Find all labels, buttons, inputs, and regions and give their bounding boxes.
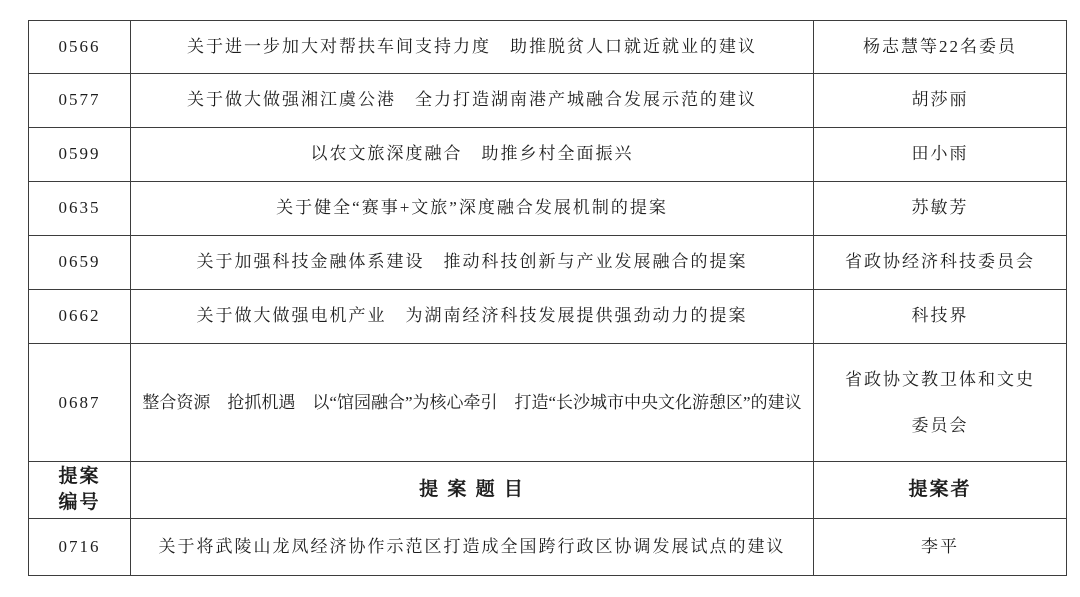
proposal-title: 关于做大做强湘江虞公港 全力打造湖南港产城融合发展示范的建议 <box>131 74 814 128</box>
proposal-table: 0566 关于进一步加大对帮扶车间支持力度 助推脱贫人口就近就业的建议 杨志慧等… <box>28 20 1067 576</box>
proposal-proposer: 杨志慧等22名委员 <box>814 21 1067 74</box>
header-id-label: 提案编号 <box>58 464 102 516</box>
proposal-number: 0599 <box>29 128 131 182</box>
header-proposal-title: 提 案 题 目 <box>131 462 814 519</box>
proposal-title: 关于将武陵山龙凤经济协作示范区打造成全国跨行政区协调发展试点的建议 <box>131 519 814 576</box>
header-proposal-number: 提案编号 <box>29 462 131 519</box>
proposal-proposer: 省政协文教卫体和文史委员会 <box>814 344 1067 462</box>
proposal-number: 0635 <box>29 182 131 236</box>
proposal-number: 0566 <box>29 21 131 74</box>
table-row: 0577 关于做大做强湘江虞公港 全力打造湖南港产城融合发展示范的建议 胡莎丽 <box>29 74 1067 128</box>
proposal-proposer: 胡莎丽 <box>814 74 1067 128</box>
proposal-proposer: 苏敏芳 <box>814 182 1067 236</box>
proposal-proposer: 科技界 <box>814 290 1067 344</box>
proposal-number: 0659 <box>29 236 131 290</box>
table-row: 0716 关于将武陵山龙凤经济协作示范区打造成全国跨行政区协调发展试点的建议 李… <box>29 519 1067 576</box>
proposal-number: 0577 <box>29 74 131 128</box>
table-row: 0566 关于进一步加大对帮扶车间支持力度 助推脱贫人口就近就业的建议 杨志慧等… <box>29 21 1067 74</box>
proposal-proposer: 李平 <box>814 519 1067 576</box>
document-page: 0566 关于进一步加大对帮扶车间支持力度 助推脱贫人口就近就业的建议 杨志慧等… <box>0 0 1080 597</box>
proposal-title: 以农文旅深度融合 助推乡村全面振兴 <box>131 128 814 182</box>
table-row: 0662 关于做大做强电机产业 为湖南经济科技发展提供强劲动力的提案 科技界 <box>29 290 1067 344</box>
proposal-title: 关于做大做强电机产业 为湖南经济科技发展提供强劲动力的提案 <box>131 290 814 344</box>
proposal-title: 关于加强科技金融体系建设 推动科技创新与产业发展融合的提案 <box>131 236 814 290</box>
proposal-title: 关于健全“赛事+文旅”深度融合发展机制的提案 <box>131 182 814 236</box>
table-row: 0687 整合资源 抢抓机遇 以“馆园融合”为核心牵引 打造“长沙城市中央文化游… <box>29 344 1067 462</box>
proposal-title: 整合资源 抢抓机遇 以“馆园融合”为核心牵引 打造“长沙城市中央文化游憩区”的建… <box>131 344 814 462</box>
proposer-text: 省政协文教卫体和文史委员会 <box>838 357 1043 449</box>
proposal-number: 0716 <box>29 519 131 576</box>
proposal-number: 0687 <box>29 344 131 462</box>
table-row: 0599 以农文旅深度融合 助推乡村全面振兴 田小雨 <box>29 128 1067 182</box>
table-header-row: 提案编号 提 案 题 目 提案者 <box>29 462 1067 519</box>
proposal-proposer: 田小雨 <box>814 128 1067 182</box>
proposal-number: 0662 <box>29 290 131 344</box>
header-proposal-proposer: 提案者 <box>814 462 1067 519</box>
table-row: 0635 关于健全“赛事+文旅”深度融合发展机制的提案 苏敏芳 <box>29 182 1067 236</box>
proposal-title: 关于进一步加大对帮扶车间支持力度 助推脱贫人口就近就业的建议 <box>131 21 814 74</box>
proposal-proposer: 省政协经济科技委员会 <box>814 236 1067 290</box>
table-row: 0659 关于加强科技金融体系建设 推动科技创新与产业发展融合的提案 省政协经济… <box>29 236 1067 290</box>
